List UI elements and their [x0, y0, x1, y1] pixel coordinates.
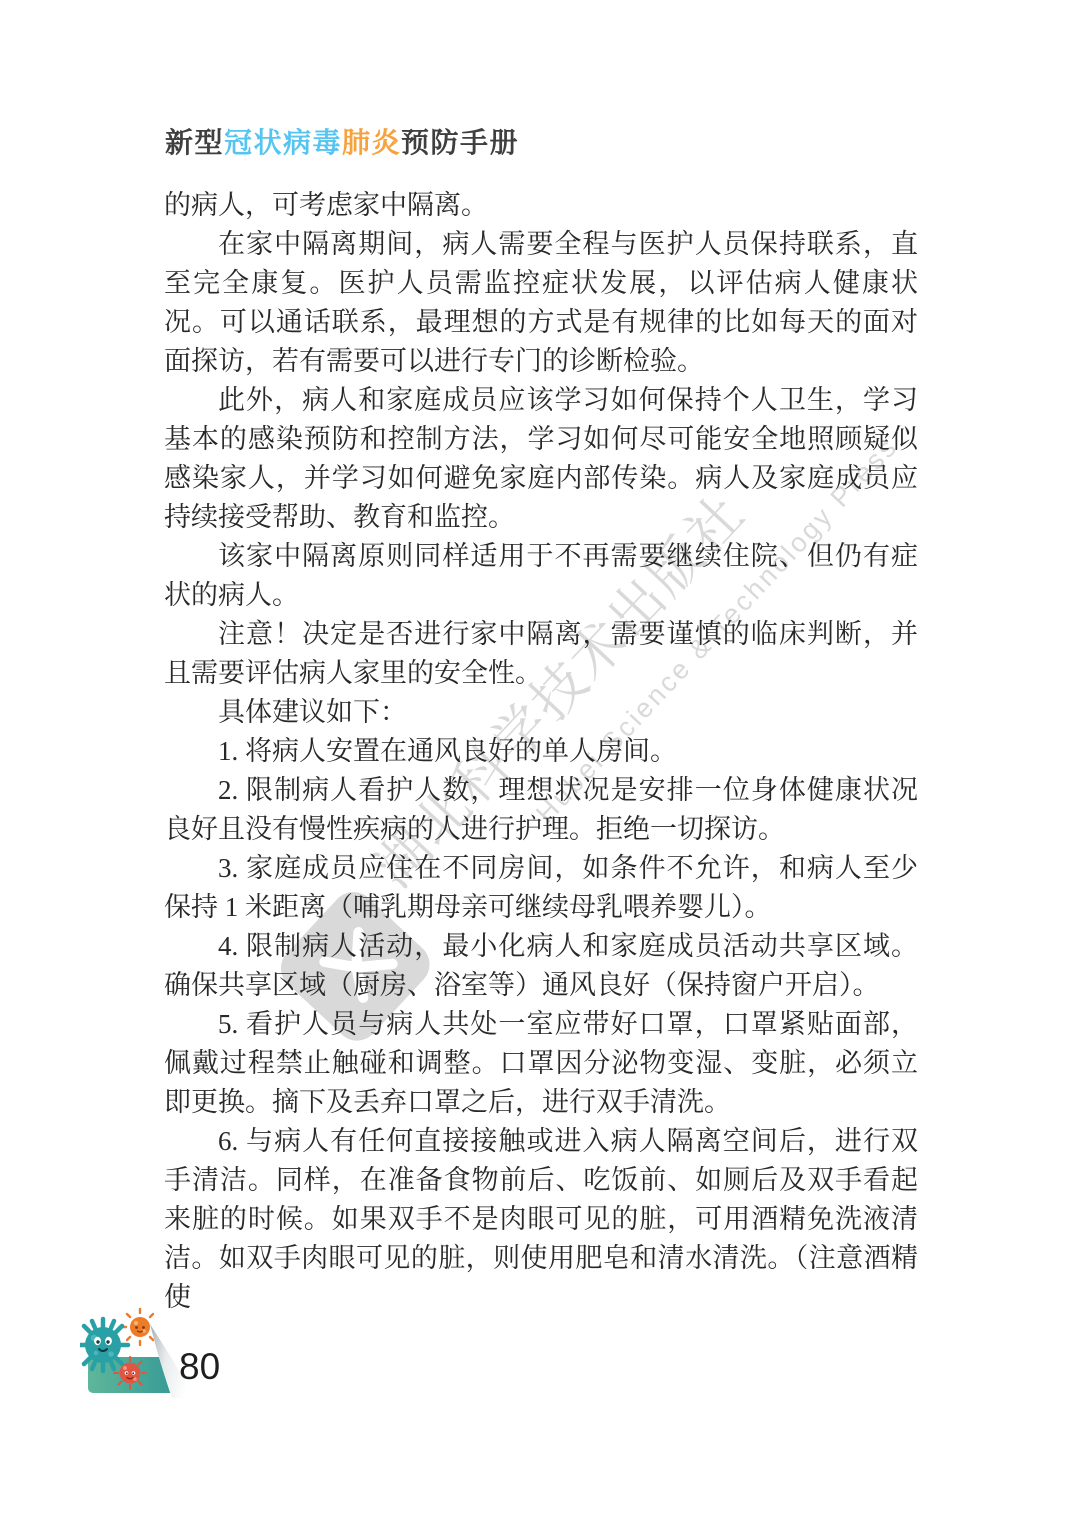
title-segment: 肺炎	[342, 127, 401, 158]
page-number: 80	[179, 1348, 220, 1385]
paragraph: 注意！决定是否进行家中隔离，需要谨慎的临床判断，并且需要评估病人家里的安全性。	[164, 615, 918, 693]
paragraph: 在家中隔离期间，病人需要全程与医护人员保持联系，直至完全康复。医护人员需监控症状…	[164, 225, 918, 381]
paragraph: 2. 限制病人看护人数，理想状况是安排一位身体健康状况良好且没有慢性疾病的人进行…	[164, 771, 918, 849]
teal-virus-icon	[80, 1319, 128, 1371]
paragraph: 5. 看护人员与病人共处一室应带好口罩，口罩紧贴面部，佩戴过程禁止触碰和调整。口…	[164, 1005, 918, 1122]
paragraph: 6. 与病人有任何直接接触或进入病人隔离空间后，进行双手清洁。同样，在准备食物前…	[164, 1122, 918, 1317]
document-body: 的病人，可考虑家中隔离。在家中隔离期间，病人需要全程与医护人员保持联系，直至完全…	[164, 186, 918, 1317]
paragraph: 该家中隔离原则同样适用于不再需要继续住院、但仍有症状的病人。	[164, 537, 918, 615]
paragraph: 的病人，可考虑家中隔离。	[164, 186, 918, 225]
paragraph: 1. 将病人安置在通风良好的单人房间。	[164, 732, 918, 771]
paragraph: 此外，病人和家庭成员应该学习如何保持个人卫生，学习基本的感染预防和控制方法，学习…	[164, 381, 918, 537]
title-segment: 冠状病毒	[224, 127, 342, 158]
title-segment: 预防手册	[401, 127, 519, 158]
title-segment: 新型	[165, 127, 224, 158]
page-title: 新型冠状病毒肺炎预防手册	[165, 121, 519, 161]
paragraph: 具体建议如下：	[164, 693, 918, 732]
paragraph: 4. 限制病人活动，最小化病人和家庭成员活动共享区域。确保共享区域（厨房、浴室等…	[164, 927, 918, 1005]
paragraph: 3. 家庭成员应住在不同房间，如条件不允许，和病人至少保持 1 米距离（哺乳期母…	[164, 849, 918, 927]
